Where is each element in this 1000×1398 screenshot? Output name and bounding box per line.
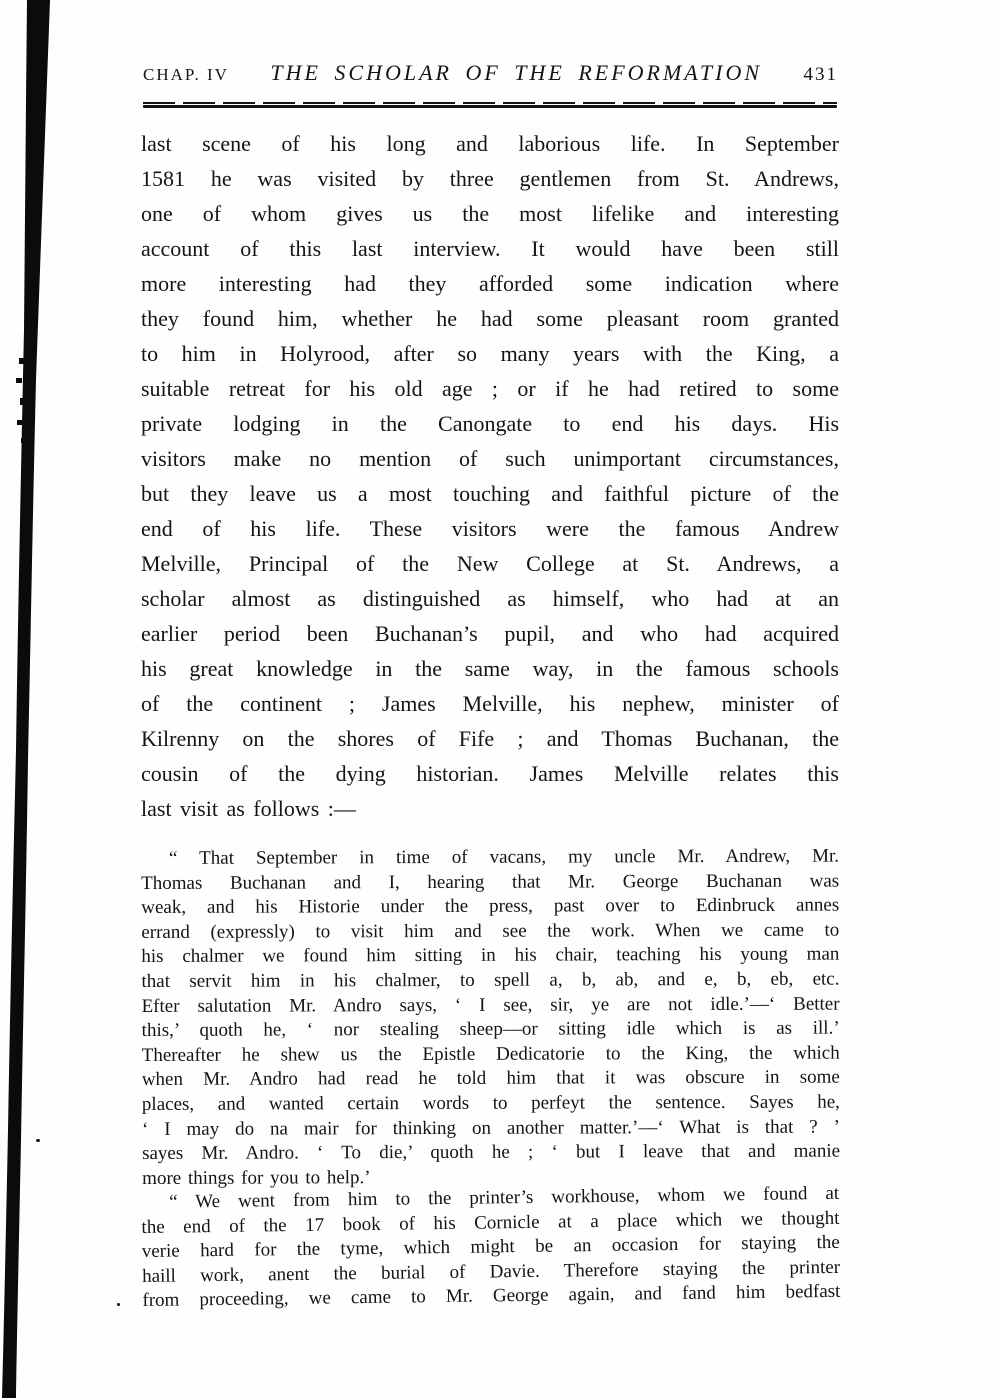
text-line: his great knowledge in the same way, in … [141, 651, 839, 686]
text-line: private lodging in the Canongate to end … [141, 406, 839, 441]
text-line: 1581 he was visited by three gentlemen f… [141, 161, 839, 196]
text-line: Efter salutation Mr. Andro says, ‘ I see… [142, 992, 840, 1019]
text-line: more interesting had they afforded some … [141, 266, 839, 301]
text-line: Thereafter he shew us the Epistle Dedica… [142, 1041, 840, 1068]
text-line: Kilrenny on the shores of Fife ; and Tho… [141, 721, 839, 756]
text-line: errand (expressly) to visit him and see … [141, 918, 839, 945]
text-line: that servit him in his chalmer, to spell… [141, 968, 839, 995]
text-line: end of his life. These visitors were the… [141, 511, 839, 546]
scanned-book-page: CHAP. IV THE SCHOLAR OF THE REFORMATION … [0, 0, 1000, 1398]
chapter-label: CHAP. IV [143, 65, 229, 85]
text-line: account of this last interview. It would… [141, 231, 839, 266]
quote-block: “ That September in time of vacans, my u… [141, 847, 839, 1314]
scan-speck [117, 1303, 120, 1306]
text-line: places, and wanted certain words to perf… [142, 1090, 840, 1117]
text-line: scholar almost as distinguished as himse… [141, 581, 839, 616]
header-rule-dashed-line [143, 102, 837, 104]
main-paragraph: last scene of his long and laborious lif… [141, 126, 839, 826]
text-line: sayes Mr. Andro. ‘ To die,’ quoth he ; ‘… [142, 1140, 840, 1167]
text-line: his chalmer we found him sitting in his … [141, 943, 839, 970]
quote-paragraph-2: “ We went from him to the printer’s work… [141, 1182, 841, 1314]
text-line: suitable retreat for his old age ; or if… [141, 371, 839, 406]
text-line: weak, and his Historie under the press, … [141, 894, 839, 921]
text-line: when Mr. Andro had read he told him that… [142, 1066, 840, 1093]
text-line: last scene of his long and laborious lif… [141, 126, 839, 161]
text-line: Thomas Buchanan and I, hearing that Mr. … [141, 869, 839, 896]
text-line: visitors make no mention of such unimpor… [141, 441, 839, 476]
text-line: last visit as follows :— [141, 791, 839, 826]
text-line: cousin of the dying historian. James Mel… [141, 756, 839, 791]
text-line: “ That September in time of vacans, my u… [141, 845, 839, 872]
text-line: Melville, Principal of the New College a… [141, 546, 839, 581]
page-number: 431 [803, 64, 838, 86]
text-line: to him in Holyrood, after so many years … [141, 336, 839, 371]
text-line: ‘ I may do na mair for thinking on anoth… [142, 1115, 840, 1142]
header-rule-solid-line [143, 105, 837, 108]
scan-speck [36, 1139, 40, 1142]
running-title: THE SCHOLAR OF THE REFORMATION [270, 60, 762, 86]
header-rule [143, 102, 837, 108]
text-line: they found him, whether he had some plea… [141, 301, 839, 336]
text-line: of the continent ; James Melville, his n… [141, 686, 839, 721]
running-header: CHAP. IV THE SCHOLAR OF THE REFORMATION … [143, 60, 838, 86]
text-line: this,’ quoth he, ‘ nor stealing sheep—or… [142, 1017, 840, 1044]
quote-paragraph-1: “ That September in time of vacans, my u… [141, 845, 840, 1192]
text-line: one of whom gives us the most lifelike a… [141, 196, 839, 231]
text-line: but they leave us a most touching and fa… [141, 476, 839, 511]
text-line: earlier period been Buchanan’s pupil, an… [141, 616, 839, 651]
